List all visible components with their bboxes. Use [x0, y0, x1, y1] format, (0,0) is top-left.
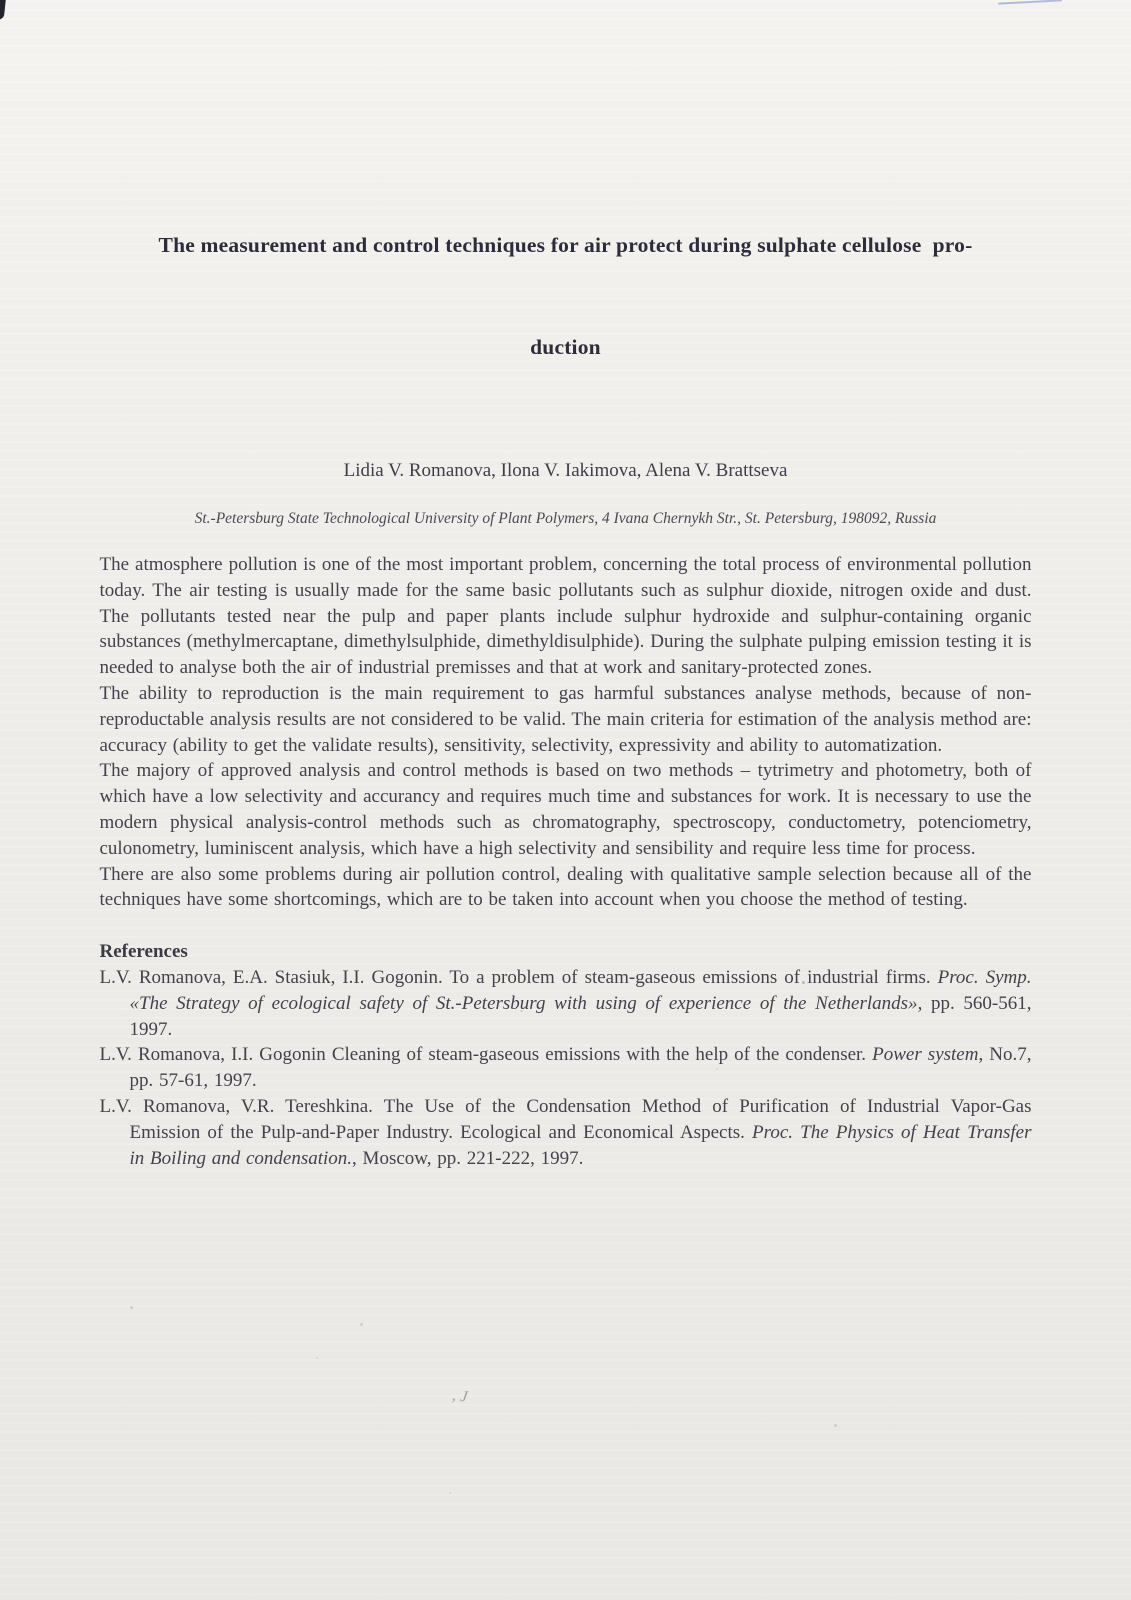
- authors-line: Lidia V. Romanova, Ilona V. Iakimova, Al…: [100, 460, 1032, 482]
- references-section: References L.V. Romanova, E.A. Stasiuk, …: [100, 939, 1032, 1171]
- affiliation-line: St.-Petersburg State Technological Unive…: [100, 510, 1032, 528]
- scan-speck: [802, 981, 805, 984]
- scan-speck: [360, 1323, 363, 1326]
- reference-item-3: L.V. Romanova, V.R. Tereshkina. The Use …: [100, 1094, 1032, 1171]
- paper-title-line-1: The measurement and control techniques f…: [100, 228, 1032, 262]
- paper-title-line-2: duction: [100, 330, 1032, 364]
- scan-speck: [316, 1357, 318, 1359]
- scan-speck: [520, 1010, 523, 1012]
- reference-2-source: Power system: [872, 1044, 978, 1065]
- scan-corner-artifact: [0, 0, 6, 20]
- scan-speck: [449, 1492, 451, 1494]
- scan-speck: [716, 1068, 718, 1070]
- abstract-body: The atmosphere pollution is one of the m…: [100, 552, 1032, 913]
- reference-item-2: L.V. Romanova, I.I. Gogonin Cleaning of …: [100, 1042, 1032, 1094]
- abstract-paragraph-2: The ability to reproduction is the main …: [100, 681, 1032, 758]
- scan-pencil-mark: , J: [451, 1387, 472, 1411]
- scanned-paper-page: The measurement and control techniques f…: [0, 0, 1131, 1600]
- scan-speck: [834, 1424, 837, 1427]
- reference-1-text: L.V. Romanova, E.A. Stasiuk, I.I. Gogoni…: [100, 967, 938, 988]
- page-content: The measurement and control techniques f…: [100, 0, 1032, 1171]
- reference-3-pages: , Moscow, pp. 221-222, 1997.: [352, 1148, 583, 1169]
- paper-title: The measurement and control techniques f…: [100, 160, 1032, 432]
- scan-speck: [130, 1306, 133, 1309]
- abstract-paragraph-1: The atmosphere pollution is one of the m…: [100, 552, 1032, 681]
- reference-2-text: L.V. Romanova, I.I. Gogonin Cleaning of …: [100, 1044, 873, 1065]
- reference-item-1: L.V. Romanova, E.A. Stasiuk, I.I. Gogoni…: [100, 965, 1032, 1042]
- references-heading: References: [100, 939, 1032, 965]
- abstract-paragraph-3: The majory of approved analysis and cont…: [100, 758, 1032, 861]
- abstract-paragraph-4: There are also some problems during air …: [100, 862, 1032, 914]
